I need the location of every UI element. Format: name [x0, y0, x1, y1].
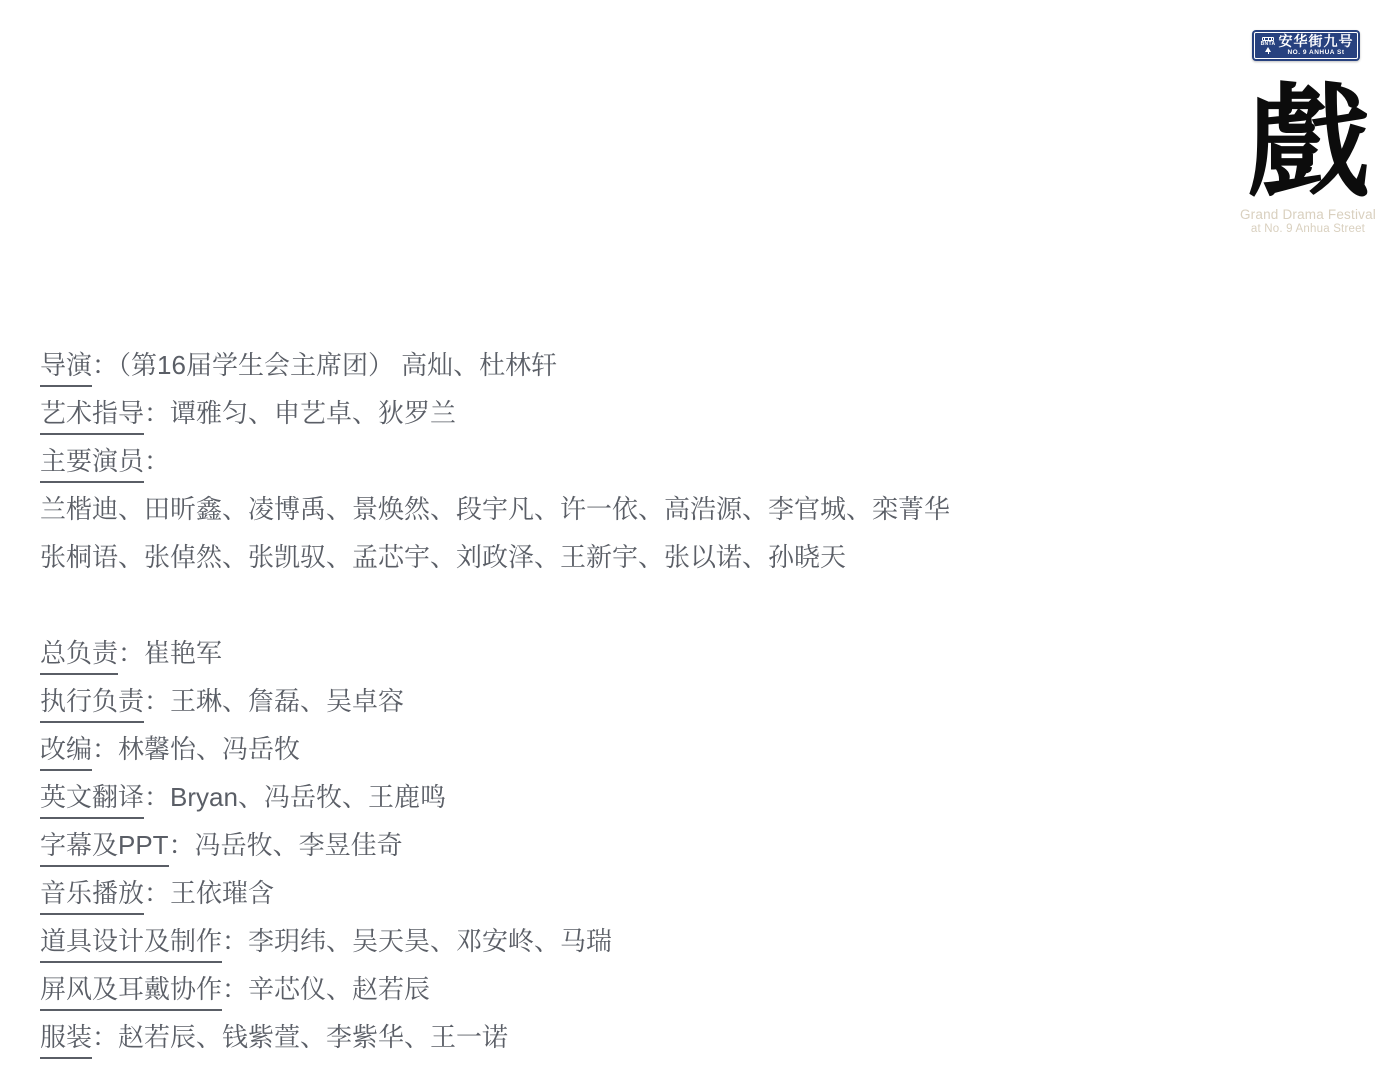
credit-line: 音乐播放：王依璀含 — [40, 869, 1140, 917]
credit-line: 字幕及PPT：冯岳牧、李昱佳奇 — [40, 821, 1140, 869]
credit-label: 字幕及PPT — [40, 825, 169, 867]
credit-value: 冯岳牧、李昱佳奇 — [195, 830, 403, 860]
credit-label: 导演 — [40, 345, 92, 387]
credit-value: 王琳、詹磊、吴卓容 — [170, 686, 404, 716]
badge-title: 安华街九号 — [1279, 34, 1354, 49]
badge-subtitle: NO. 9 ANHUA St — [1287, 49, 1344, 57]
credit-colon: ： — [144, 446, 170, 476]
credit-colon: ： — [144, 398, 170, 428]
caption-line1: Grand Drama Festival — [1228, 207, 1388, 223]
credit-value: 谭雅匀、申艺卓、狄罗兰 — [170, 398, 456, 428]
credit-section: 导演：（第16届学生会主席团） 高灿、杜林轩艺术指导：谭雅匀、申艺卓、狄罗兰主要… — [40, 341, 1140, 581]
credit-colon: ： — [144, 782, 170, 812]
credit-colon: ： — [144, 686, 170, 716]
credit-label: 总负责 — [40, 633, 118, 675]
credit-line: 道具设计及制作：李玥纬、吴天昊、邓安峂、马瑞 — [40, 917, 1140, 965]
credit-colon: ： — [144, 878, 170, 908]
credit-label: 艺术指导 — [40, 393, 144, 435]
drama-calligraphy-glyph: 戲 — [1238, 74, 1380, 210]
credit-colon: ： — [222, 926, 248, 956]
caption-line2: at No. 9 Anhua Street — [1228, 223, 1388, 236]
badge-frame: BNTA 安华街九号 NO. 9 ANHUA St — [1254, 32, 1358, 59]
credit-colon: ： — [169, 830, 195, 860]
credit-line: 总负责：崔艳军 — [40, 629, 1140, 677]
credit-label: 执行负责 — [40, 681, 144, 723]
credit-line: 屏风及耳戴协作：辛芯仪、赵若辰 — [40, 965, 1140, 1013]
credit-colon: ： — [92, 734, 118, 764]
credit-value: 张桐语、张倬然、张凯驭、孟芯宇、刘政泽、王新宇、张以诺、孙晓天 — [40, 542, 846, 572]
credit-section: 总负责：崔艳军执行负责：王琳、詹磊、吴卓容改编：林馨怡、冯岳牧英文翻译：Brya… — [40, 629, 1140, 1061]
page: BNTA 安华街九号 NO. 9 ANHUA St 戲 Grand Drama … — [0, 0, 1397, 1080]
credit-colon: ： — [118, 638, 144, 668]
badge-emblem: BNTA — [1258, 37, 1278, 54]
credit-line: 服装：赵若辰、钱紫萱、李紫华、王一诺 — [40, 1013, 1140, 1061]
credit-colon: ： — [222, 974, 248, 1004]
credit-value: 李玥纬、吴天昊、邓安峂、马瑞 — [248, 926, 612, 956]
credit-label: 英文翻译 — [40, 777, 144, 819]
credit-value: 王依璀含 — [170, 878, 274, 908]
credit-value: 赵若辰、钱紫萱、李紫华、王一诺 — [118, 1022, 508, 1052]
credit-value: Bryan、冯岳牧、王鹿鸣 — [170, 782, 446, 812]
credit-label: 改编 — [40, 729, 92, 771]
credit-colon: ： — [92, 1022, 118, 1052]
credit-value: 辛芯仪、赵若辰 — [248, 974, 430, 1004]
credit-value: 林馨怡、冯岳牧 — [118, 734, 300, 764]
anhua-street-badge: BNTA 安华街九号 NO. 9 ANHUA St — [1252, 30, 1360, 61]
credit-label: 音乐播放 — [40, 873, 144, 915]
credit-line: 英文翻译：Bryan、冯岳牧、王鹿鸣 — [40, 773, 1140, 821]
credit-line: 导演：（第16届学生会主席团） 高灿、杜林轩 — [40, 341, 1140, 389]
credit-line: 主要演员： — [40, 437, 1140, 485]
credit-line: 张桐语、张倬然、张凯驭、孟芯宇、刘政泽、王新宇、张以诺、孙晓天 — [40, 533, 1140, 581]
badge-text: 安华街九号 NO. 9 ANHUA St — [1278, 34, 1354, 57]
credit-line: 兰楷迪、田昕鑫、凌博禹、景焕然、段宇凡、许一依、高浩源、李官城、栾菁华 — [40, 485, 1140, 533]
credit-label: 道具设计及制作 — [40, 921, 222, 963]
credit-line: 艺术指导：谭雅匀、申艺卓、狄罗兰 — [40, 389, 1140, 437]
credit-value: 兰楷迪、田昕鑫、凌博禹、景焕然、段宇凡、许一依、高浩源、李官城、栾菁华 — [40, 494, 950, 524]
credit-line: 改编：林馨怡、冯岳牧 — [40, 725, 1140, 773]
credit-label: 服装 — [40, 1017, 92, 1059]
credit-label: 主要演员 — [40, 441, 144, 483]
credits-block: 导演：（第16届学生会主席团） 高灿、杜林轩艺术指导：谭雅匀、申艺卓、狄罗兰主要… — [40, 341, 1140, 1061]
logo-caption: Grand Drama Festival at No. 9 Anhua Stre… — [1228, 207, 1388, 236]
credit-value: （第16届学生会主席团） 高灿、杜林轩 — [118, 350, 557, 380]
credit-colon: ： — [92, 350, 118, 380]
credit-line: 执行负责：王琳、詹磊、吴卓容 — [40, 677, 1140, 725]
tree-trunk-icon — [1268, 52, 1269, 54]
credit-label: 屏风及耳戴协作 — [40, 969, 222, 1011]
credit-value: 崔艳军 — [144, 638, 222, 668]
